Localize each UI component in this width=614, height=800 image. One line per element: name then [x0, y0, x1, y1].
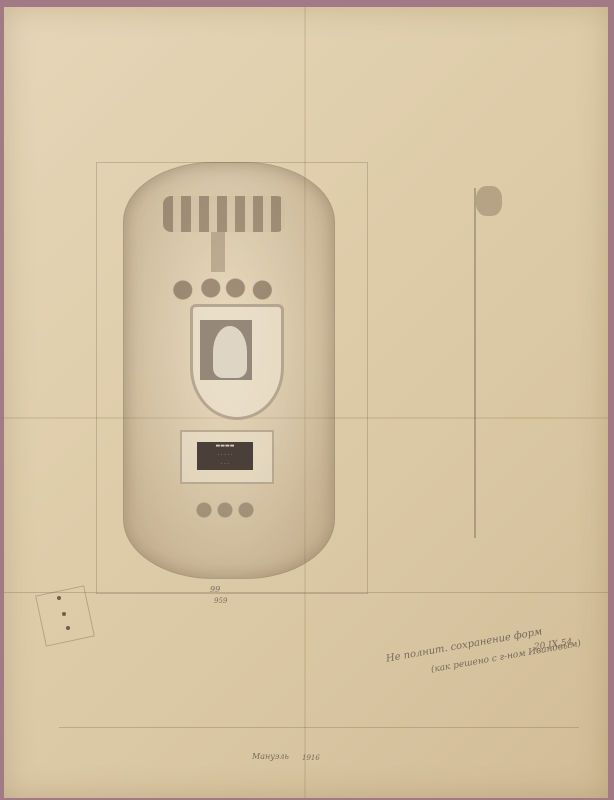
stamp-mark	[35, 585, 95, 646]
stamp-dot	[66, 626, 70, 630]
crowned-frieze	[163, 196, 285, 232]
guide-line-bottom	[59, 727, 579, 728]
stamp-dot	[57, 596, 61, 600]
catalog-code: 1916	[302, 754, 320, 762]
stamp-dot	[62, 612, 66, 616]
dimension-label-2: 959	[214, 597, 227, 605]
dimension-label: 99	[210, 585, 220, 594]
side-profile-section	[474, 188, 500, 538]
inscription-plaque: ▬▬▬▬· · · · ·· · ·	[197, 442, 253, 470]
hanging-stem	[211, 232, 225, 272]
ribbon-swag	[190, 500, 260, 520]
signature: Мануэль	[252, 752, 289, 761]
guide-line	[4, 592, 608, 593]
portrait-bust	[213, 326, 247, 378]
